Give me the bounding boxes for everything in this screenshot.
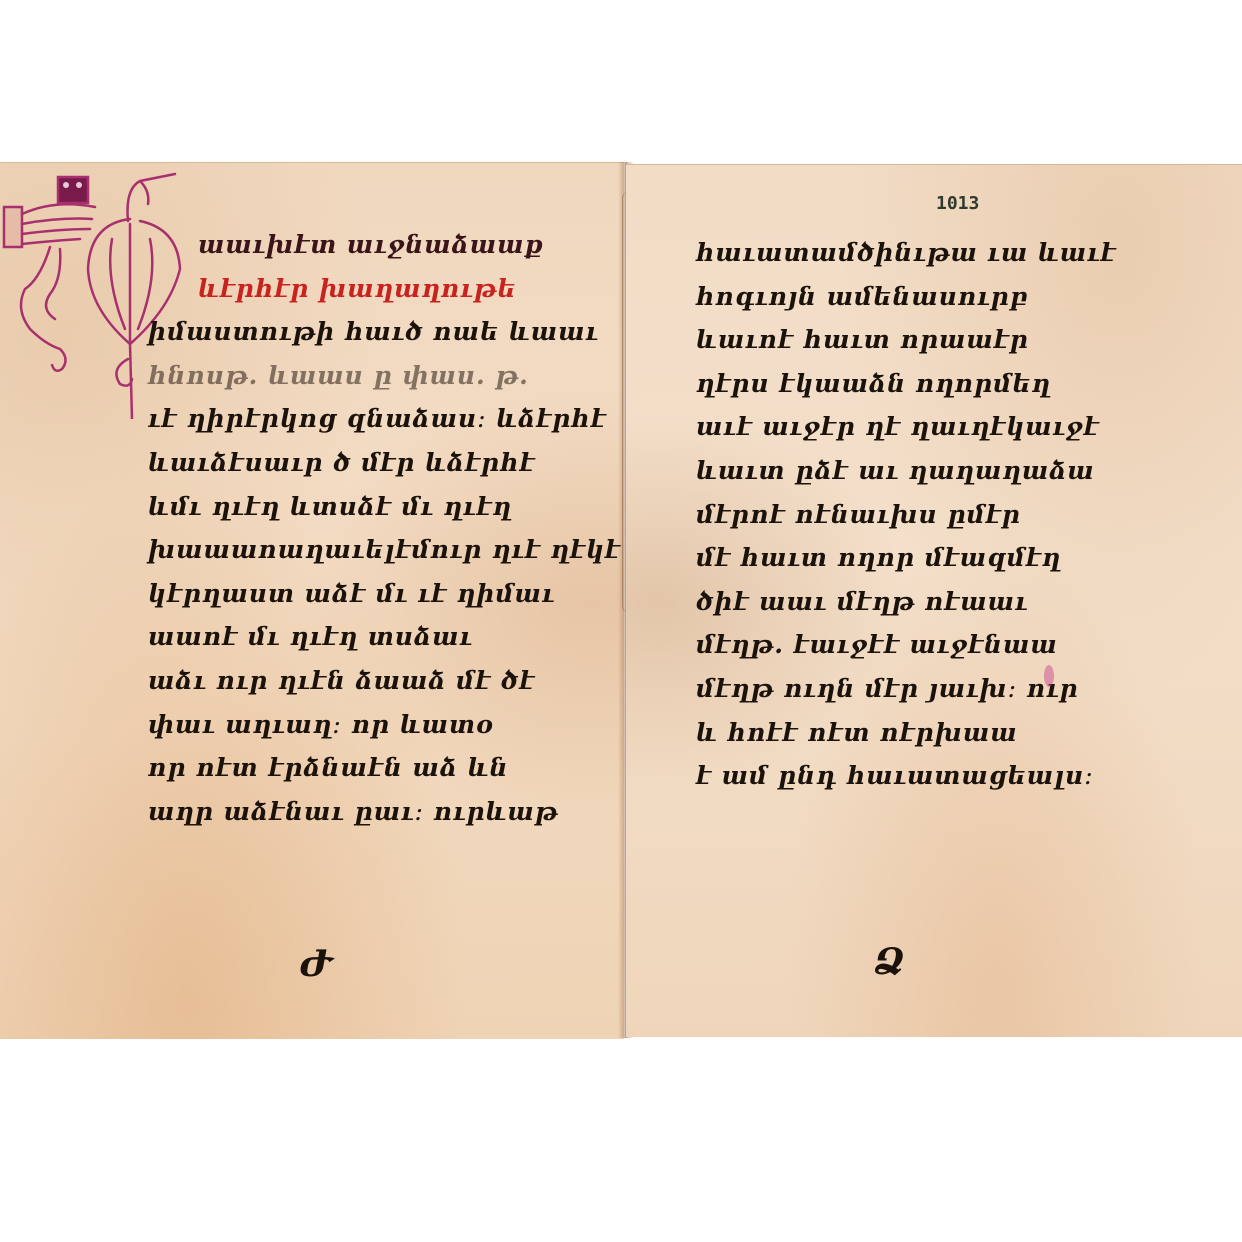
text-line: ևմւ ղւէղ ևտսձէ մւ ղւէղ: [148, 485, 588, 529]
ink-stain: [1044, 665, 1054, 687]
quire-signature: Ժ: [300, 943, 332, 985]
left-page: աաւխէտ աւջնաձաաք ևէրհէր խաղաղութե իմաստո…: [0, 162, 624, 1039]
text-line: կէրղաստ աձէ մւ ւէ ղիմաւ: [148, 572, 588, 616]
text-line: մէրոէ ոէնաւխս ըմէր: [696, 493, 1166, 537]
text-line: հոգւոյն ամենասուրբ: [696, 275, 1166, 319]
rubric-line: ևէրհէր խաղաղութե: [148, 267, 588, 311]
text-line: ևաւոէ հաւտ որաաէր: [696, 318, 1166, 362]
text-line: փաւ աղւաղ։ որ ևատօ: [148, 703, 588, 747]
right-page-text: հաւատամծինւթա ւա ևաւէ հոգւոյն ամենասուրբ…: [696, 231, 1166, 798]
text-line: ևաւտ ըձէ աւ ղաղաղաձա: [696, 449, 1166, 493]
text-line: ծիէ աաւ մէղթ ոէաաւ: [696, 580, 1166, 624]
quire-signature: Ձ: [874, 941, 905, 983]
right-page: 1013 հաւատամծինւթա ւա ևաւէ հոգւոյն ամենա…: [626, 164, 1242, 1037]
text-line: աաոէ մւ ղւէղ տսձաւ: [148, 615, 588, 659]
text-line: աղր աձէնաւ ըաւ։ ուրևաթ: [148, 790, 588, 834]
text-line: մէղթ ուղն մէր յաւխ։ ուր: [696, 667, 1166, 711]
text-line: աաւխէտ աւջնաձաաք: [148, 223, 588, 267]
text-line: մէղթ. էաւջէէ աւջէնաա: [696, 623, 1166, 667]
text-line: աւէ աւջէր ղէ ղաւղէկաւջէ: [696, 405, 1166, 449]
folio-number: 1013: [936, 193, 979, 214]
text-line: ւէ ղիրէրկոց զնաձաս։ ևձէրհէ: [148, 397, 588, 441]
text-line: ղէրս էկաաձն ողորմեղ: [696, 362, 1166, 406]
left-page-text: աաւխէտ աւջնաձաաք ևէրհէր խաղաղութե իմաստո…: [148, 223, 588, 833]
text-line: որ ոէտ էրձնաէն աձ ևն: [148, 746, 588, 790]
text-line: և հոէէ ոէտ ոէրխաա: [696, 711, 1166, 755]
text-line: ևաւձէսաւր ծ մէր ևձէրհէ: [148, 441, 588, 485]
manuscript-spread: աաւխէտ աւջնաձաաք ևէրհէր խաղաղութե իմաստո…: [0, 162, 1242, 1038]
text-line: հաւատամծինւթա ւա ևաւէ: [696, 231, 1166, 275]
text-line: իմաստութի հաւծ ոաե ևաաւ: [148, 310, 588, 354]
text-line: մէ հաւտ ողոր մէազմէղ: [696, 536, 1166, 580]
faded-text-line: հնոսթ. ևաաս ը փաս. թ.: [148, 354, 588, 398]
text-line: է ամ ընդ հաւատացեալս։: [696, 754, 1166, 798]
text-line: աձւ ուր ղւէն ձաաձ մէ ծէ: [148, 659, 588, 703]
text-line: խաաաոաղաւելէմուր ղւէ ղէկէ: [148, 528, 588, 572]
